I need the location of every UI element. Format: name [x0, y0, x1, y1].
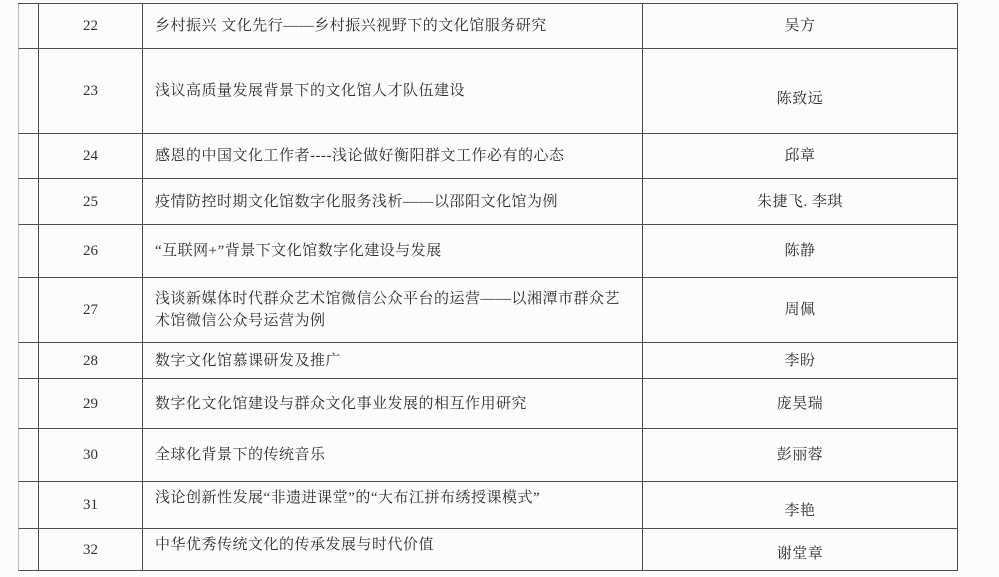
margin-sliver-cell	[18, 225, 38, 278]
title-cell: 浅谈新媒体时代群众艺术馆微信公众平台的运营——以湘潭市群众艺术馆微信公众号运营为…	[143, 278, 643, 343]
author-cell: 邱章	[643, 134, 958, 179]
row-number-cell: 25	[38, 179, 143, 225]
margin-sliver-cell	[18, 482, 38, 529]
author-cell: 庞昊瑞	[643, 379, 958, 429]
margin-sliver-cell	[18, 379, 38, 429]
margin-sliver-cell	[18, 278, 38, 343]
title-cell: 全球化背景下的传统音乐	[143, 429, 643, 482]
scanned-document-page: 22 乡村振兴 文化先行——乡村振兴视野下的文化馆服务研究 吴方 23 浅议高质…	[0, 0, 999, 577]
row-number-cell: 22	[38, 4, 143, 49]
title-cell: 感恩的中国文化工作者----浅论做好衡阳群文工作必有的心态	[143, 134, 643, 179]
title-cell: 浅论创新性发展“非遗进课堂”的“大布江拼布绣授课模式”	[143, 482, 643, 529]
author-cell: 李盼	[643, 343, 958, 379]
margin-sliver-cell	[18, 4, 38, 49]
title-cell: 数字化文化馆建设与群众文化事业发展的相互作用研究	[143, 379, 643, 429]
margin-sliver-cell	[18, 529, 38, 571]
author-cell: 朱捷飞. 李琪	[643, 179, 958, 225]
row-number-cell: 31	[38, 482, 143, 529]
author-cell: 谢堂章	[643, 529, 958, 571]
author-cell: 陈静	[643, 225, 958, 278]
margin-sliver-cell	[18, 49, 38, 134]
row-number-cell: 24	[38, 134, 143, 179]
row-number-cell: 27	[38, 278, 143, 343]
row-number-cell: 32	[38, 529, 143, 571]
author-cell: 李艳	[643, 482, 958, 529]
title-cell: 乡村振兴 文化先行——乡村振兴视野下的文化馆服务研究	[143, 4, 643, 49]
author-cell: 陈致远	[643, 49, 958, 134]
author-cell: 彭丽蓉	[643, 429, 958, 482]
row-number-cell: 26	[38, 225, 143, 278]
margin-sliver-cell	[18, 343, 38, 379]
row-number-cell: 30	[38, 429, 143, 482]
title-cell: 疫情防控时期文化馆数字化服务浅析——以邵阳文化馆为例	[143, 179, 643, 225]
margin-sliver-cell	[18, 179, 38, 225]
row-number-cell: 28	[38, 343, 143, 379]
submissions-table: 22 乡村振兴 文化先行——乡村振兴视野下的文化馆服务研究 吴方 23 浅议高质…	[18, 3, 958, 571]
author-cell: 吴方	[643, 4, 958, 49]
author-cell: 周佩	[643, 278, 958, 343]
row-number-cell: 29	[38, 379, 143, 429]
title-cell: “互联网+”背景下文化馆数字化建设与发展	[143, 225, 643, 278]
margin-sliver-cell	[18, 134, 38, 179]
title-cell: 数字文化馆慕课研发及推广	[143, 343, 643, 379]
title-cell: 浅议高质量发展背景下的文化馆人才队伍建设	[143, 49, 643, 134]
row-number-cell: 23	[38, 49, 143, 134]
margin-sliver-cell	[18, 429, 38, 482]
title-cell: 中华优秀传统文化的传承发展与时代价值	[143, 529, 643, 571]
